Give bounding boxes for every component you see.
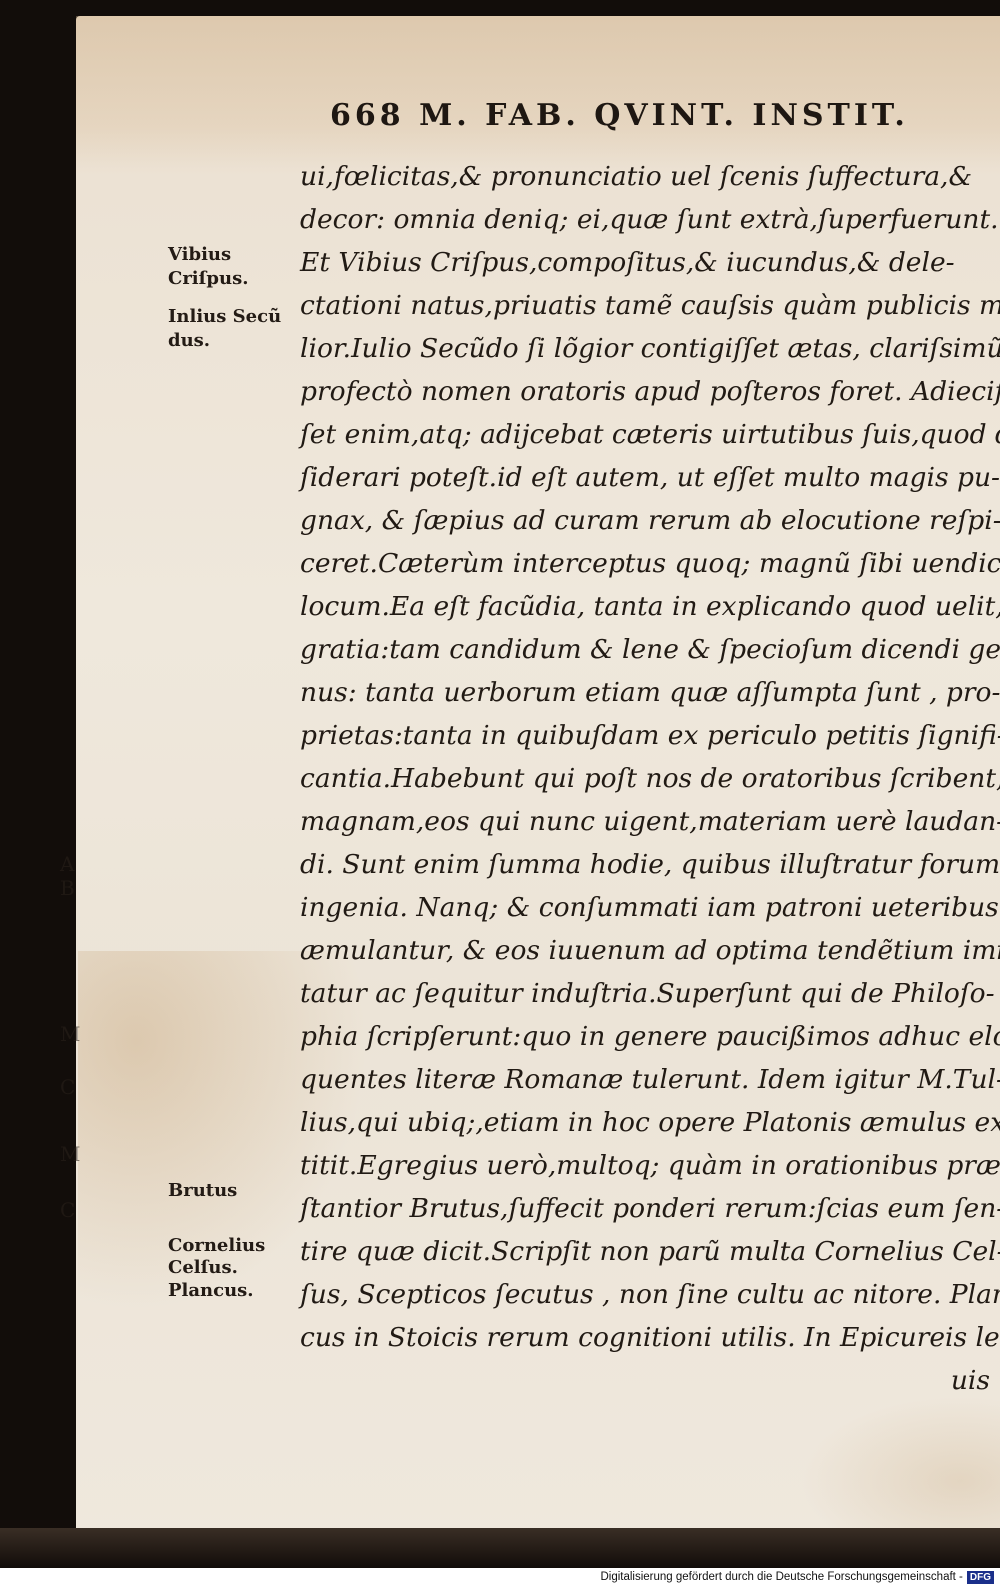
margin-note: Brutus [168, 1180, 237, 1202]
margin-note: Inlius Secũ [168, 306, 281, 328]
text-line: decor: omnia deniq; ei,quæ ſunt extrà,ſu… [300, 198, 990, 241]
text-line: gratia:tam candidum & lene & ſpecioſum d… [300, 628, 990, 671]
running-head: 668 M. FAB. QVINT. INSTIT. [330, 98, 930, 133]
text-line: cantia.Habebunt qui poſt nos de oratorib… [300, 757, 990, 800]
text-line: lior.Iulio Secũdo ſi lõgior contigiſſet … [300, 327, 990, 370]
text-line: ſtantior Brutus,ſuffecit ponderi rerum:ſ… [300, 1187, 990, 1230]
margin-note: Vibius [168, 244, 231, 266]
text-line: nus: tanta uerborum etiam quæ aſſumpta ſ… [300, 671, 990, 714]
text-line: cus in Stoicis rerum cognitioni utilis. … [300, 1316, 990, 1359]
text-line: ui,fœlicitas,& pronunciatio uel ſcenis ſ… [300, 155, 990, 198]
text-line: phia ſcripſerunt:quo in genere paucißimo… [300, 1015, 990, 1058]
footer-credit: Digitalisierung gefördert durch die Deut… [600, 1569, 994, 1585]
text-line: locum.Ea eſt facũdia, tanta in explicand… [300, 585, 990, 628]
text-line: profectò nomen oratoris apud poſteros fo… [300, 370, 990, 413]
bleed-through-letter: C [60, 1075, 75, 1099]
text-line: lius,qui ubiq;,etiam in hoc opere Platon… [300, 1101, 990, 1144]
text-line: ſiderari poteſt.id eſt autem, ut eſſet m… [300, 456, 990, 499]
text-line: prietas:tanta in quibuſdam ex periculo p… [300, 714, 990, 757]
text-line: ctationi natus,priuatis tamẽ cauſsis quà… [300, 284, 990, 327]
water-stain-top [76, 16, 1000, 166]
bleed-through-letter: B [60, 876, 75, 900]
text-line: æmulantur, & eos iuuenum ad optima tendẽ… [300, 929, 990, 972]
margin-note: Celſus. [168, 1257, 238, 1279]
text-line: ſet enim,atq; adijcebat cæteris uirtutib… [300, 413, 990, 456]
bleed-through-letter: A [60, 852, 74, 876]
bleed-through-letter: M [60, 1142, 80, 1166]
margin-note: dus. [168, 330, 210, 352]
text-line: ſus, Scepticos ſecutus , non ſine cultu … [300, 1273, 990, 1316]
text-line: tire quæ dicit.Scripſit non parũ multa C… [300, 1230, 990, 1273]
text-line: Et Vibius Criſpus,compoſitus,& iucundus,… [300, 241, 990, 284]
body-text: ui,fœlicitas,& pronunciatio uel ſcenis ſ… [300, 155, 990, 1402]
credit-text: Digitalisierung gefördert durch die Deut… [600, 1571, 962, 1583]
margin-note: Plancus. [168, 1280, 254, 1302]
dfg-logo-icon: DFG [967, 1571, 994, 1584]
text-line: tatur ac ſequitur induſtria.Superſunt qu… [300, 972, 990, 1015]
text-line: quentes literæ Romanæ tulerunt. Idem igi… [300, 1058, 990, 1101]
text-line: uis [300, 1359, 990, 1402]
margin-note: Criſpus. [168, 268, 248, 290]
bleed-through-letter: C [60, 1198, 75, 1222]
text-line: magnam,eos qui nunc uigent,materiam uerè… [300, 800, 990, 843]
margin-note: Cornelius [168, 1235, 265, 1257]
page-bottom-shadow [0, 1528, 1000, 1568]
text-line: gnax, & ſæpius ad curam rerum ab elocuti… [300, 499, 990, 542]
text-line: di. Sunt enim ſumma hodie, quibus illuſt… [300, 843, 990, 886]
text-line: ingenia. Nanq; & conſummati iam patroni … [300, 886, 990, 929]
text-line: ceret.Cæterùm interceptus quoq; magnũ ſi… [300, 542, 990, 585]
text-line: titit.Egregius uerò,multoq; quàm in orat… [300, 1144, 990, 1187]
bleed-through-letter: M [60, 1022, 80, 1046]
